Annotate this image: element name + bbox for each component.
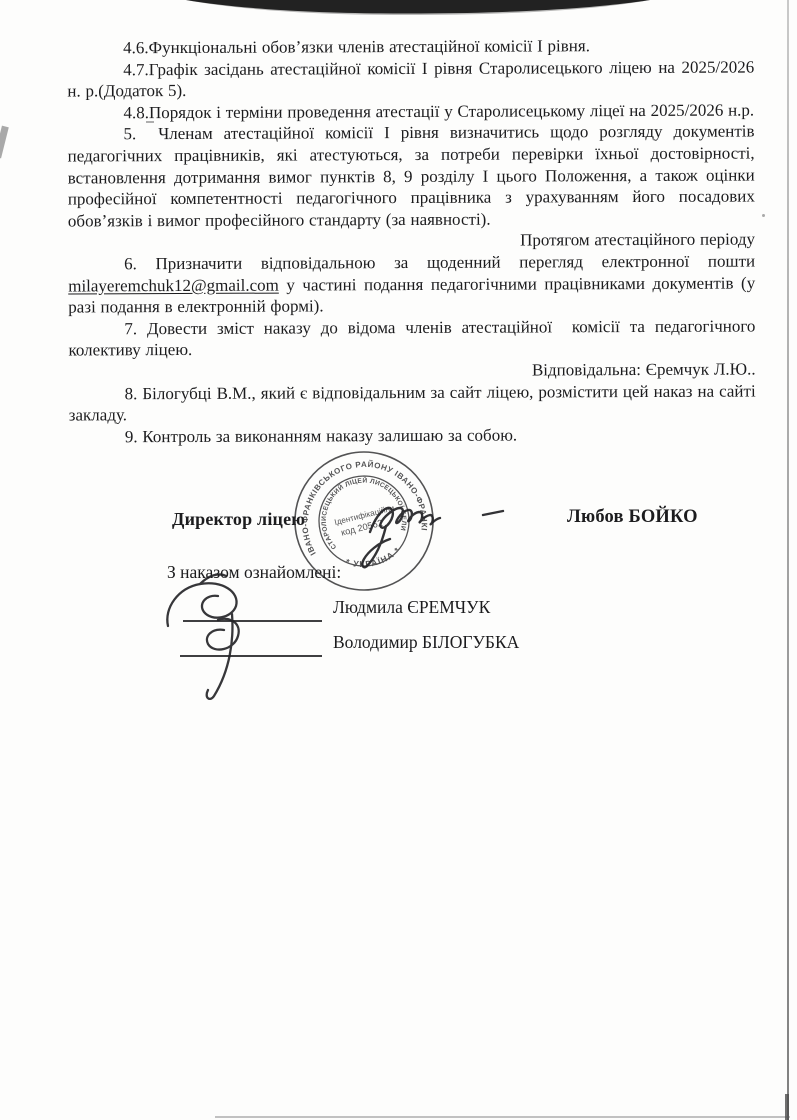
during-period-note: Протягом атестаційного періоду [68,229,755,254]
paragraph-4-8: 4.8.Порядок і терміни проведення атестац… [67,99,754,124]
scan-edge-top [0,0,797,22]
responsible-note: Відповідальна: Єремчук Л.Ю.. [69,358,756,383]
scan-speck [762,214,765,217]
order-text-body: 4.6.Функціональні обов’язки членів атест… [67,35,756,448]
scan-edge-bottom [215,1116,790,1118]
paragraph-5: 5. Членам атестаційної комісії І рівня в… [67,121,754,232]
paragraph-8: 8. Білогубці В.М., який є відповідальним… [69,380,756,426]
signer-name-yeremchuk: Людмила ЄРЕМЧУК [333,597,490,618]
director-name: Любов БОЙКО [567,507,698,528]
scanned-document-page: 4.6.Функціональні обов’язки членів атест… [0,0,797,1120]
scan-corner-bottom-right [785,1094,789,1120]
director-title-label: Директор ліцею [172,509,305,530]
paragraph-4-6: 4.6.Функціональні обов’язки членів атест… [67,35,754,60]
paragraph-6-text-before: 6. Призначити відповідальною за щоденний… [124,251,755,273]
paragraph-6: 6. Призначити відповідальною за щоденний… [68,250,755,318]
scan-edge-right [787,0,789,1120]
paragraph-7: 7. Довести зміст наказу до відома членів… [68,315,755,361]
signer-name-bilohubka: Володимир БІЛОГУБКА [333,632,519,653]
email-address: milayeremchuk12@gmail.com [68,275,279,295]
paragraph-4-7: 4.7.Графік засідань атестаційної комісії… [67,56,754,102]
scan-mark-left [0,126,9,159]
acknowledgement-signatures [148,570,358,705]
director-signature [340,486,520,586]
